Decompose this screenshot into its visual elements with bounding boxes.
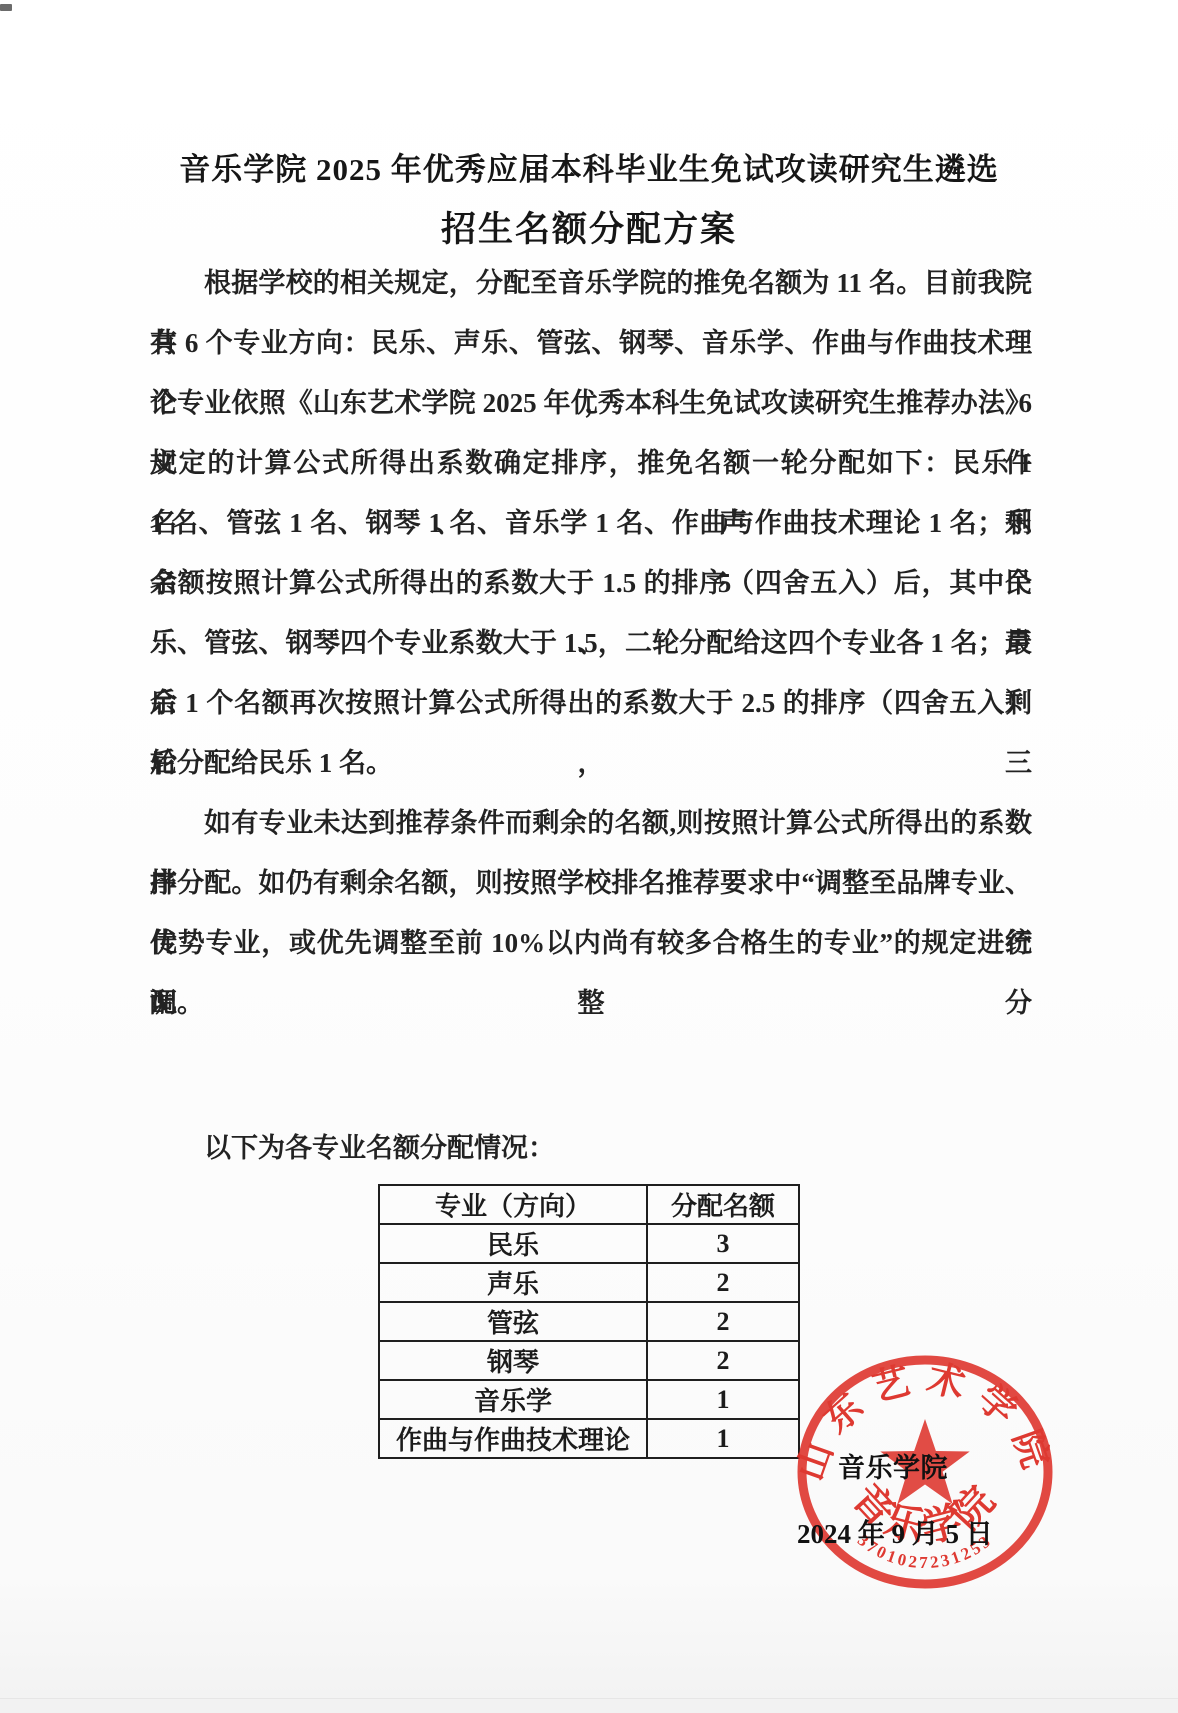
- body-line: 乐、管弦、钢琴四个专业系数大于 1.5，二轮分配给这四个专业各 1 名；最后剩: [150, 613, 1032, 673]
- photo-edge-strip: [0, 1698, 1178, 1713]
- body-line: 个专业依照《山东艺术学院 2025 年优秀本科生免试攻读研究生推荐办法》文件: [150, 373, 1032, 433]
- quota-allocation-table: 专业（方向）分配名额 民乐3声乐2管弦2钢琴2音乐学1作曲与作曲技术理论1: [378, 1184, 800, 1459]
- table-row: 声乐2: [379, 1263, 799, 1302]
- body-line: 序分配。如仍有剩余名额，则按照学校排名推荐要求中“调整至品牌专业、传统: [150, 853, 1032, 913]
- table-row: 作曲与作曲技术理论1: [379, 1419, 799, 1458]
- table-cell: 1: [647, 1419, 799, 1458]
- table-header-row: 专业（方向）分配名额: [379, 1185, 799, 1224]
- table-row: 民乐3: [379, 1224, 799, 1263]
- document-title-line1: 音乐学院 2025 年优秀应届本科毕业生免试攻读研究生遴选: [0, 144, 1178, 189]
- body-line: 余 1 个名额再次按照计算公式所得出的系数大于 2.5 的排序（四舍五入）后，三: [150, 673, 1032, 733]
- document-page: 音乐学院 2025 年优秀应届本科毕业生免试攻读研究生遴选 招生名额分配方案 根…: [0, 0, 1178, 1713]
- column-header: 分配名额: [647, 1185, 799, 1224]
- table-cell: 音乐学: [379, 1380, 647, 1419]
- table-cell: 2: [647, 1302, 799, 1341]
- table-cell: 1: [647, 1380, 799, 1419]
- table-row: 钢琴2: [379, 1341, 799, 1380]
- body-line: 优势专业，或优先调整至前 10%以内尚有较多合格生的专业”的规定进行调整分: [150, 913, 1032, 973]
- body-line: 规定的计算公式所得出系数确定排序，推免名额一轮分配如下：民乐 1 名、声乐: [150, 433, 1032, 493]
- table-cell: 3: [647, 1224, 799, 1263]
- table-cell: 2: [647, 1341, 799, 1380]
- body-line: 名额按照计算公式所得出的系数大于 1.5 的排序（四舍五入）后，其中民乐、声: [150, 553, 1032, 613]
- table-cell: 钢琴: [379, 1341, 647, 1380]
- body-line: 有 6 个专业方向：民乐、声乐、管弦、钢琴、音乐学、作曲与作曲技术理论，6: [150, 313, 1032, 373]
- body-line: 1 名、管弦 1 名、钢琴 1 名、音乐学 1 名、作曲与作曲技术理论 1 名；…: [150, 493, 1032, 553]
- table-row: 音乐学1: [379, 1380, 799, 1419]
- signature-date: 2024 年 9 月 5 日: [797, 1512, 993, 1551]
- document-title-line2: 招生名额分配方案: [0, 202, 1178, 252]
- signature-department: 音乐学院: [838, 1446, 948, 1485]
- column-header: 专业（方向）: [379, 1185, 647, 1224]
- table-cell: 民乐: [379, 1224, 647, 1263]
- table-cell: 管弦: [379, 1302, 647, 1341]
- table-row: 管弦2: [379, 1302, 799, 1341]
- scan-artifact: [0, 4, 12, 11]
- table-cell: 作曲与作曲技术理论: [379, 1419, 647, 1458]
- table-intro-label: 以下为各专业名额分配情况：: [204, 1118, 555, 1178]
- document-body: 根据学校的相关规定，分配至音乐学院的推免名额为 11 名。目前我院共有 6 个专…: [150, 253, 1032, 1033]
- table-cell: 2: [647, 1263, 799, 1302]
- body-line: 根据学校的相关规定，分配至音乐学院的推免名额为 11 名。目前我院共: [150, 253, 1032, 313]
- body-line: 如有专业未达到推荐条件而剩余的名额,则按照计算公式所得出的系数排: [150, 793, 1032, 853]
- table-cell: 声乐: [379, 1263, 647, 1302]
